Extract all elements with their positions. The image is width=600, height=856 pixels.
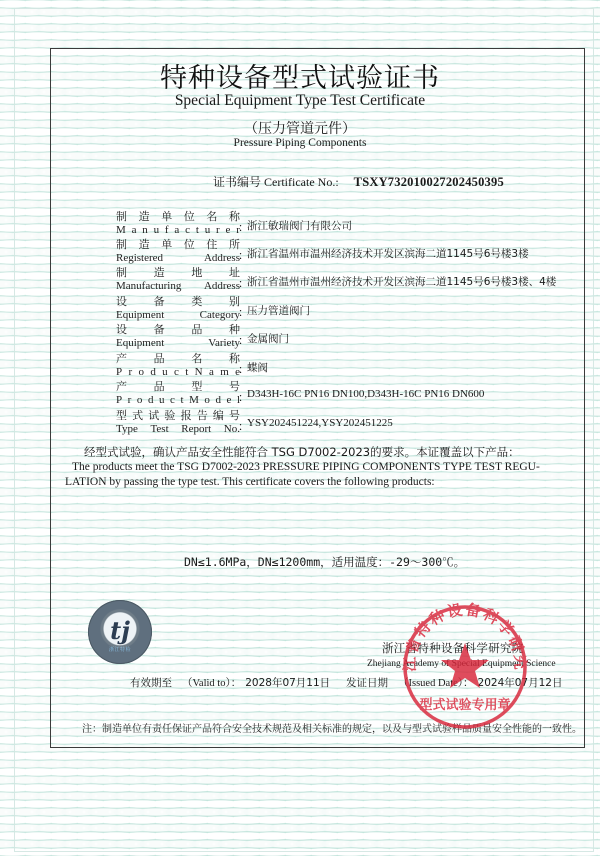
svg-text:型式试验专用章: 型式试验专用章 xyxy=(419,697,510,713)
valid-to-label-cn: 有效期至 xyxy=(130,677,172,689)
field-value: 浙江省温州市温州经济技术开发区滨海二道1145号6号楼3楼、4楼 xyxy=(247,274,556,289)
field-label-en: RegisteredAddress xyxy=(116,252,240,265)
field-label-en: ProductName xyxy=(116,366,240,379)
certificate-number-label-cn: 证书编号 xyxy=(213,175,261,189)
field-label-en: Manufacturer xyxy=(116,224,240,237)
statement-english-line1: The products meet the TSG D7002-2023 PRE… xyxy=(72,461,540,473)
field-value: 金属阀门 xyxy=(247,331,289,346)
field-value: 压力管道阀门 xyxy=(247,303,310,318)
field-label: 设备类别EquipmentCategory xyxy=(116,295,240,322)
field-label-cn: 设备类别 xyxy=(116,295,240,309)
field-label: 设备品种EquipmentVariety xyxy=(116,323,240,350)
field-label-en: TypeTestReportNo. xyxy=(116,423,240,436)
field-label-cn: 制造单位名称 xyxy=(116,210,240,224)
valid-to-value: 2028年07月11日 xyxy=(245,677,330,689)
field-label-cn: 制造地址 xyxy=(116,266,240,280)
certificate-number-label-en: Certificate No.: xyxy=(264,175,339,189)
field-label: 产品名称ProductName xyxy=(116,352,240,379)
certificate-number: 证书编号 Certificate No.: TSXY73201002720245… xyxy=(213,173,504,190)
field-label-cn: 产品名称 xyxy=(116,352,240,366)
title-english: Special Equipment Type Test Certificate xyxy=(0,92,600,110)
official-red-seal-icon: 浙江省特种设备科学研究院 型式试验专用章 xyxy=(395,597,535,737)
field-label: 产品型号ProductModel xyxy=(116,380,240,407)
statement-chinese: 经型式试验，确认产品安全性能符合 TSG D7002-2023的要求。本证覆盖以… xyxy=(84,444,520,460)
field-label-cn: 制造单位住所 xyxy=(116,238,240,252)
field-value: D343H-16C PN16 DN100,D343H-16C PN16 DN60… xyxy=(247,388,484,400)
field-label-cn: 产品型号 xyxy=(116,380,240,394)
coverage-range: DN≤1.6MPa，DN≤1200mm，适用温度：-29～300℃。 xyxy=(184,554,465,570)
field-value: 浙江敏瑞阀门有限公司 xyxy=(247,218,352,233)
field-label-cn: 型式试验报告编号 xyxy=(116,409,240,423)
hologram-ring-text: 浙江特检 xyxy=(98,646,142,653)
field-label-en: ProductModel xyxy=(116,394,240,407)
title-chinese: 特种设备型式试验证书 xyxy=(0,56,600,95)
hologram-seal: tj 浙江特检 xyxy=(88,600,152,664)
statement-english-line2: LATION by passing the type test. This ce… xyxy=(65,476,435,488)
valid-to: 有效期至（Valid to）：2028年07月11日 xyxy=(130,675,330,690)
field-label: 制造地址ManufacturingAddress xyxy=(116,266,240,293)
certificate-number-value: TSXY732010027202450395 xyxy=(354,175,504,189)
issued-date-label-cn: 发证日期 xyxy=(346,677,388,689)
subtitle-chinese: （压力管道元件） xyxy=(0,118,600,138)
field-label-en: EquipmentCategory xyxy=(116,309,240,322)
field-value: 蝶阀 xyxy=(247,360,268,375)
field-label: 型式试验报告编号TypeTestReportNo. xyxy=(116,409,240,436)
tj-logo-icon: tj xyxy=(88,616,152,645)
field-label: 制造单位住所RegisteredAddress xyxy=(116,238,240,265)
field-label: 制造单位名称Manufacturer xyxy=(116,210,240,237)
field-label-en: EquipmentVariety xyxy=(116,337,240,350)
field-label-cn: 设备品种 xyxy=(116,323,240,337)
field-value: YSY202451224,YSY202451225 xyxy=(247,417,393,429)
field-label-en: ManufacturingAddress xyxy=(116,280,240,293)
valid-to-label-en: （Valid to）： xyxy=(182,678,241,689)
subtitle-english: Pressure Piping Components xyxy=(0,137,600,149)
field-value: 浙江省温州市温州经济技术开发区滨海二道1145号6号楼3楼 xyxy=(247,246,529,261)
